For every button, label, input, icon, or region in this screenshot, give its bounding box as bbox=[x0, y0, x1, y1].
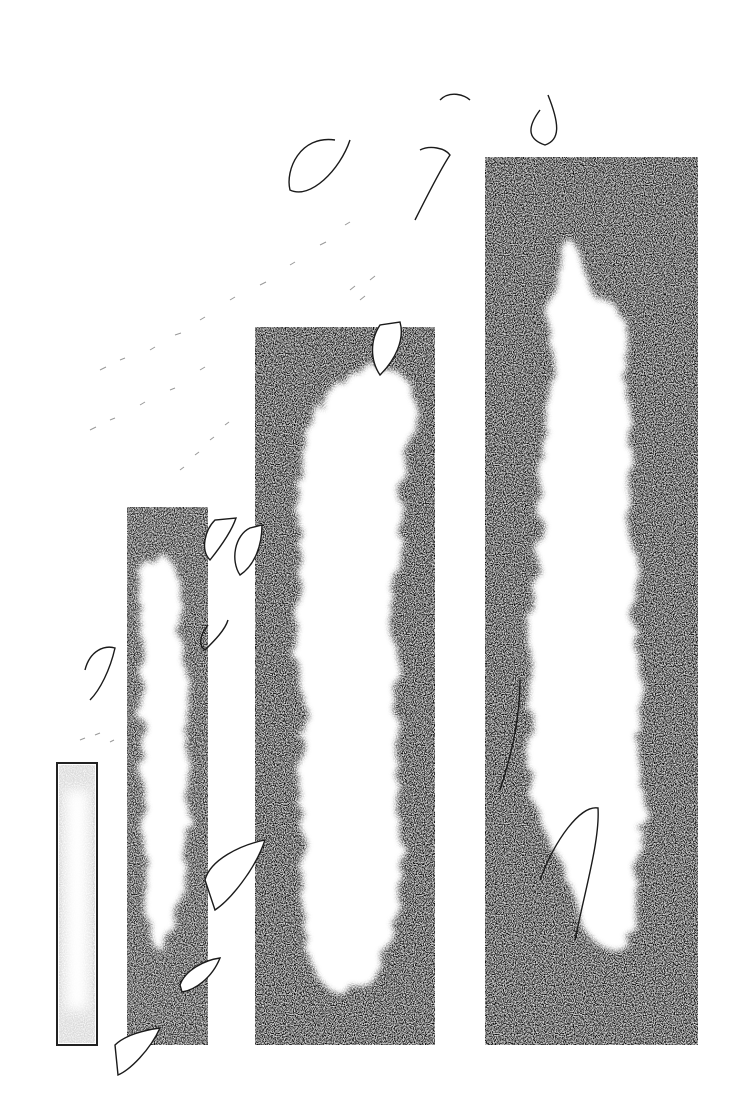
bar-4 bbox=[485, 157, 698, 1045]
bar-3 bbox=[255, 327, 435, 1045]
illustration-canvas bbox=[0, 0, 730, 1109]
bar-2 bbox=[127, 507, 208, 1045]
bar-1 bbox=[57, 763, 97, 1045]
petal-top bbox=[531, 95, 557, 145]
